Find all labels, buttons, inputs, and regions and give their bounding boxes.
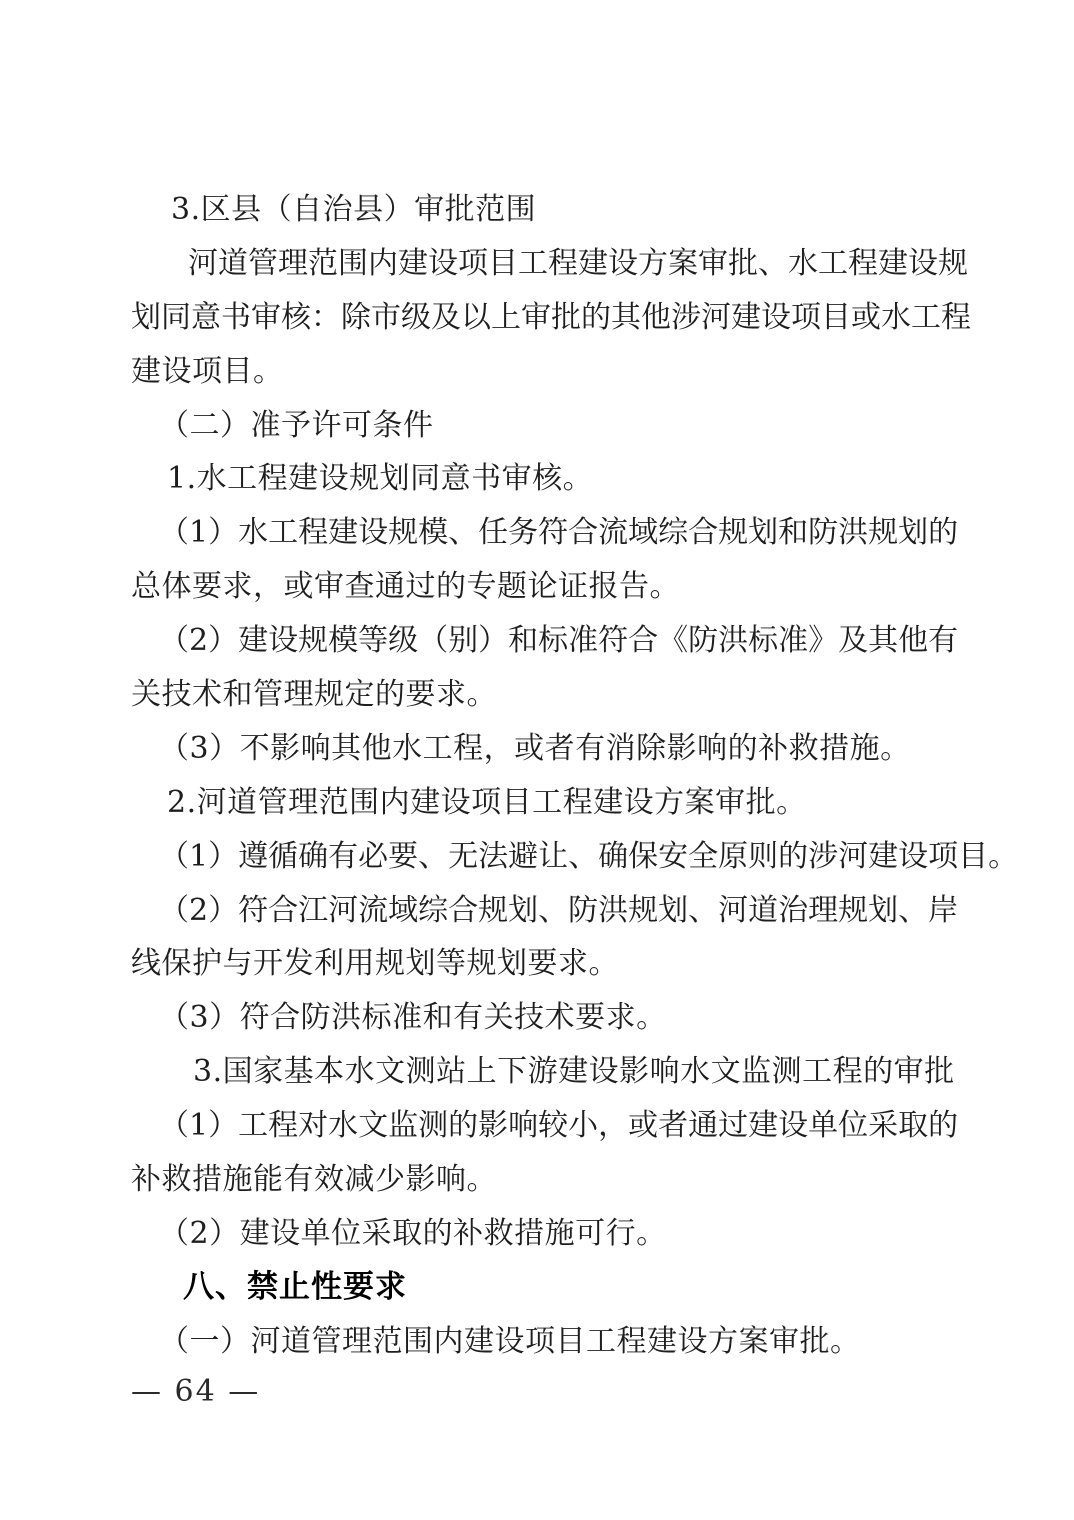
text-line-4: 建设项目。 [131,345,946,399]
text-line-3: 划同意书审核：除市级及以上审批的其他涉河建设项目或水工程 [131,291,946,345]
text-line-22: （一）河道管理范围内建设项目工程建设方案审批。 [131,1315,946,1369]
text-line-18: （1）工程对水文监测的影响较小，或者通过建设单位采取的 [131,1099,946,1153]
text-line-12: 2.河道管理范围内建设项目工程建设方案审批。 [131,776,946,830]
text-line-20: （2）建设单位采取的补救措施可行。 [131,1207,946,1261]
text-line-8: 总体要求，或审查通过的专题论证报告。 [131,560,946,614]
section-heading: 八、禁止性要求 [131,1261,946,1315]
page-number: — 64 — [131,1365,260,1419]
text-line-14: （2）符合江河流域综合规划、防洪规划、河道治理规划、岸 [131,884,946,938]
document-body: 3.区县（自治县）审批范围河道管理范围内建设项目工程建设方案审批、水工程建设规划… [131,183,946,1369]
text-line-5: （二）准予许可条件 [131,399,946,453]
text-line-17: 3.国家基本水文测站上下游建设影响水文监测工程的审批 [131,1045,946,1099]
text-line-11: （3）不影响其他水工程，或者有消除影响的补救措施。 [131,722,946,776]
document-page: 3.区县（自治县）审批范围河道管理范围内建设项目工程建设方案审批、水工程建设规划… [0,0,1074,1520]
text-line-6: 1.水工程建设规划同意书审核。 [131,452,946,506]
text-line-16: （3）符合防洪标准和有关技术要求。 [131,991,946,1045]
text-line-9: （2）建设规模等级（别）和标准符合《防洪标准》及其他有 [131,614,946,668]
text-line-7: （1）水工程建设规模、任务符合流域综合规划和防洪规划的 [131,506,946,560]
text-line-19: 补救措施能有效减少影响。 [131,1153,946,1207]
text-line-10: 关技术和管理规定的要求。 [131,668,946,722]
text-line-15: 线保护与开发利用规划等规划要求。 [131,937,946,991]
text-line-13: （1）遵循确有必要、无法避让、确保安全原则的涉河建设项目。 [131,830,946,884]
text-line-1: 3.区县（自治县）审批范围 [131,183,946,237]
text-line-2: 河道管理范围内建设项目工程建设方案审批、水工程建设规 [131,237,946,291]
